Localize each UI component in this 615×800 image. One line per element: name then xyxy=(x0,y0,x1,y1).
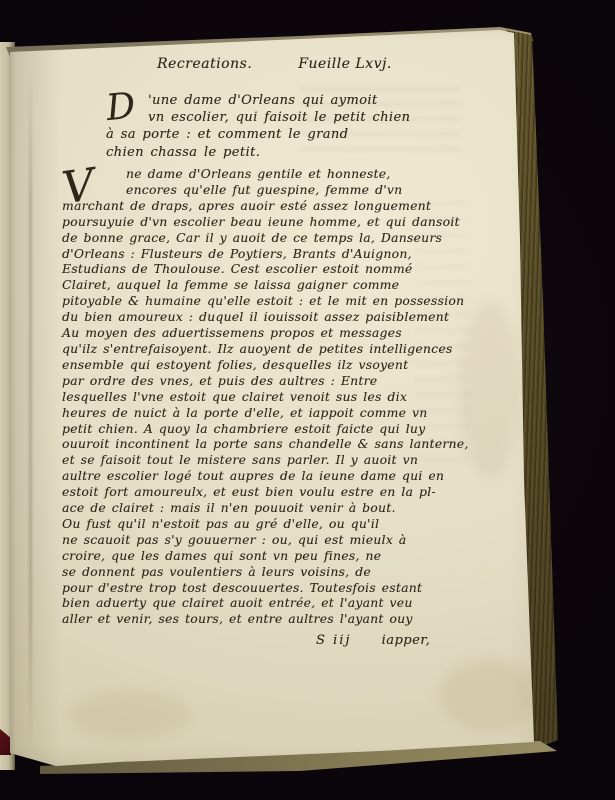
paper-stain xyxy=(440,660,540,730)
body-line: estoit fort amoureulx, et eust bien voul… xyxy=(62,485,472,501)
page-footer: S iij iapper, xyxy=(62,633,472,648)
body-lines: ne dame d'Orleans gentile et honneste,en… xyxy=(62,167,472,628)
body-line: d'Orleans : Flusteurs de Poytiers, Brant… xyxy=(62,247,472,263)
photograph-backdrop: Recreations. Fueille Lxvj. D 'une dame d… xyxy=(0,0,615,800)
body-line: petit chien. A quoy la chambriere estoit… xyxy=(62,422,472,438)
catchword: iapper, xyxy=(382,633,431,648)
body-line: ensemble qui estoyent folies, desquelles… xyxy=(62,358,472,374)
title-line: vn escolier, qui faisoit le petit chien xyxy=(106,109,454,126)
paper-stain xyxy=(70,690,190,740)
body-line: pour d'estre trop tost descouuertes. Tou… xyxy=(62,581,472,597)
body-line: pitoyable & humaine qu'elle estoit : et … xyxy=(62,294,472,310)
body-line: bien aduerty que clairet auoit entrée, e… xyxy=(62,596,472,612)
story-body: V ne dame d'Orleans gentile et honneste,… xyxy=(62,167,472,628)
body-line: Estudians de Thoulouse. Cest escolier es… xyxy=(62,262,472,278)
body-line: ace de clairet : mais il n'en pouuoit ve… xyxy=(62,501,472,517)
body-line: du bien amoureux : duquel il iouissoit a… xyxy=(62,310,472,326)
body-line: ne scauoit pas s'y gouuerner : ou, qui e… xyxy=(62,533,472,549)
body-line: aller et venir, ses tours, et entre ault… xyxy=(62,612,472,628)
gutter-crease xyxy=(29,70,32,750)
running-title: Recreations. xyxy=(157,56,252,72)
body-line: heures de nuict à la porte d'elle, et ia… xyxy=(62,406,472,422)
body-line: croire, que les dames qui sont vn peu fi… xyxy=(62,549,472,565)
page-header: Recreations. Fueille Lxvj. xyxy=(157,56,392,72)
body-line: qu'ilz s'entrefaisoyent. Ilz auoyent de … xyxy=(62,342,472,358)
body-line: lesquelles l'vne estoit que clairet veno… xyxy=(62,390,472,406)
title-line: 'une dame d'Orleans qui aymoit xyxy=(106,92,454,109)
body-line: marchant de draps, apres auoir esté asse… xyxy=(62,199,472,215)
body-line: et se faisoit tout le mistere sans parle… xyxy=(62,453,472,469)
story-title: D 'une dame d'Orleans qui aymoitvn escol… xyxy=(106,92,454,161)
body-line: Clairet, auquel la femme se laissa gaign… xyxy=(62,278,472,294)
body-line: ouuroit incontinent la porte sans chande… xyxy=(62,437,472,453)
title-line: à sa porte : et comment le grand xyxy=(106,126,454,143)
body-line: Au moyen des aduertissemens propos et me… xyxy=(62,326,472,342)
title-line: chien chassa le petit. xyxy=(106,144,454,161)
folio-number: Fueille Lxvj. xyxy=(298,56,392,72)
body-line: aultre escolier logé tout aupres de la i… xyxy=(62,469,472,485)
body-line: de bonne grace, Car il y auoit de ce tem… xyxy=(62,231,472,247)
body-line: par ordre des vnes, et puis des aultres … xyxy=(62,374,472,390)
quire-signature: S iij xyxy=(316,633,351,648)
body-line: Ou fust qu'il n'estoit pas au gré d'elle… xyxy=(62,517,472,533)
title-lines: 'une dame d'Orleans qui aymoitvn escolie… xyxy=(106,92,454,161)
title-initial-letter: D xyxy=(105,90,149,118)
body-line: poursuyuie d'vn escolier beau ieune homm… xyxy=(62,215,472,231)
body-line: se donnent pas voulentiers à leurs voisi… xyxy=(62,565,472,581)
